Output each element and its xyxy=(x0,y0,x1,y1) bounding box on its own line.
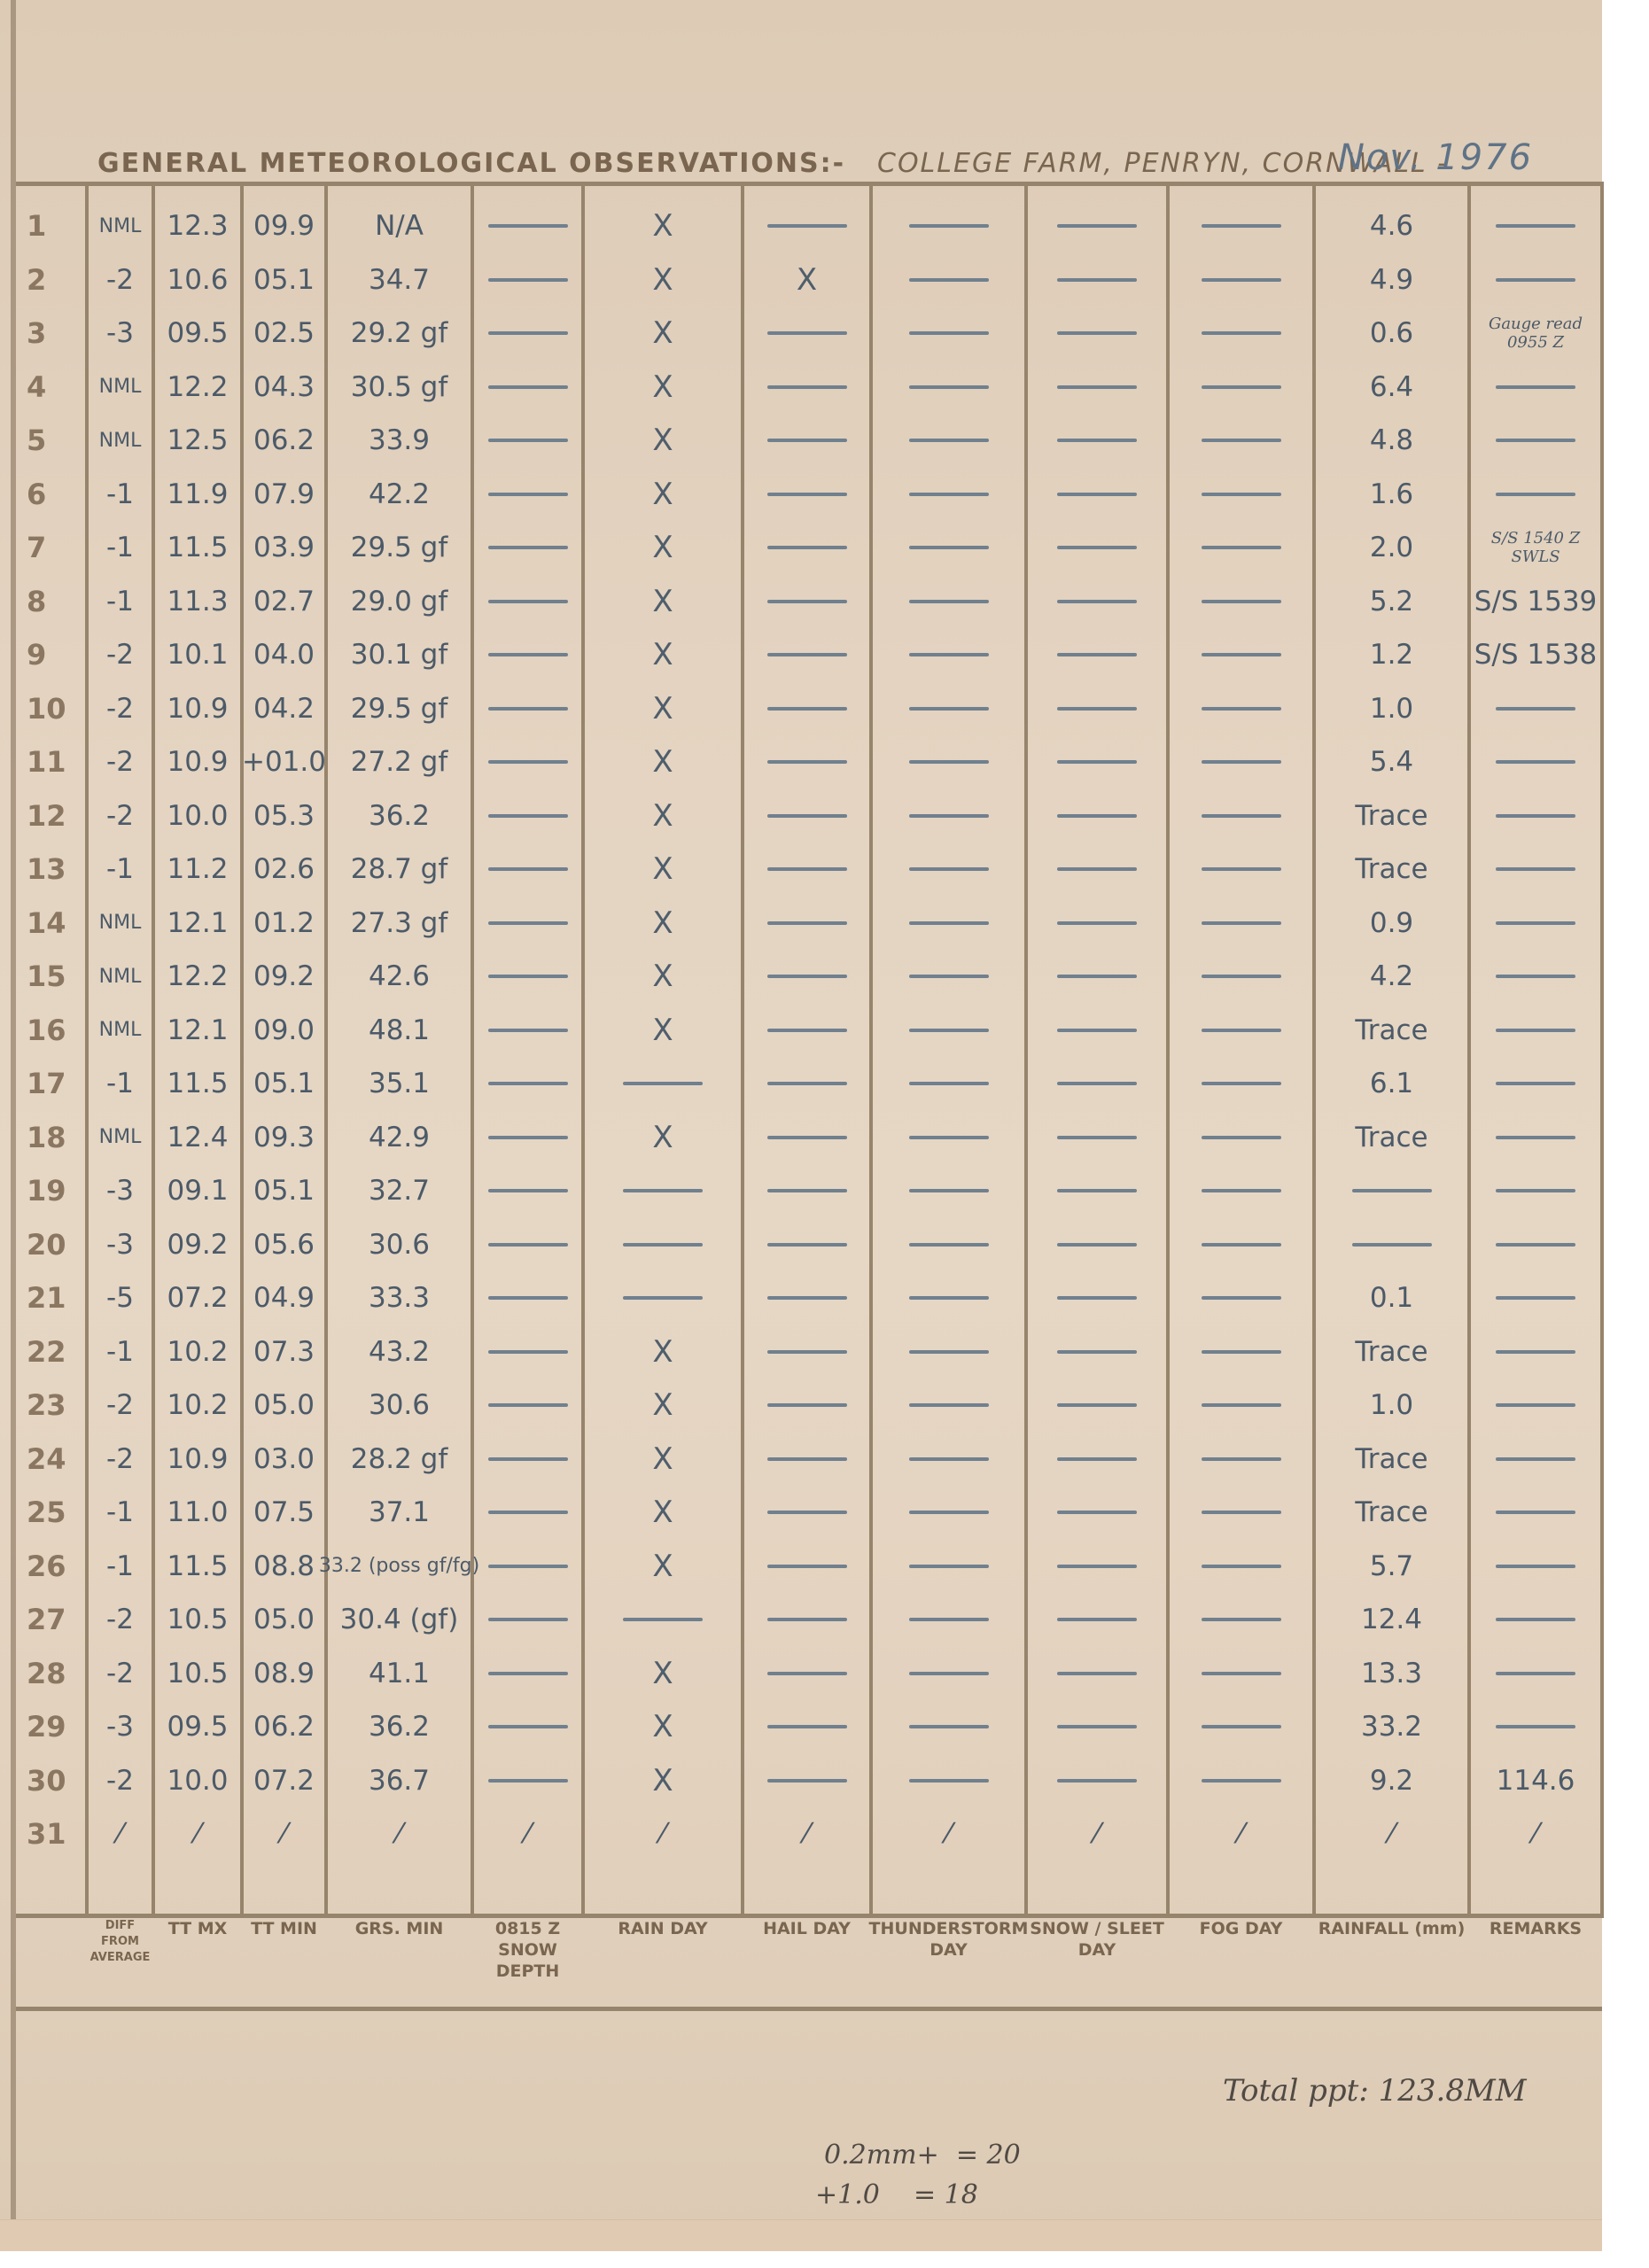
cell-diff: -2 xyxy=(87,1647,153,1700)
cell-text: 13 xyxy=(27,852,66,886)
cell-text: 07.5 xyxy=(253,1496,315,1528)
cell-thunder-day xyxy=(871,1433,1026,1486)
cell-diff: -2 xyxy=(87,1754,153,1807)
cell-text: 11.3 xyxy=(167,586,228,617)
cell-text: 1.0 xyxy=(1370,1389,1413,1421)
cell-day: 10 xyxy=(16,682,97,735)
cell-text: 28 xyxy=(27,1657,66,1690)
cell-text: 06.2 xyxy=(253,1711,315,1743)
cell-fog-day xyxy=(1168,628,1314,681)
cell-text: 27.2 gf xyxy=(351,746,447,778)
cell-text: ⁄ xyxy=(525,1818,530,1850)
cell-tt-max: 12.2 xyxy=(153,361,242,414)
cell-hail-day xyxy=(743,521,871,574)
cell-text: 01.2 xyxy=(253,907,315,939)
table-row: 26-111.508.833.2 (poss gf/fg)X5.7 xyxy=(16,1540,1602,1593)
cell-text: 11.5 xyxy=(167,1550,228,1582)
cell-thunder-day xyxy=(871,628,1026,681)
cell-diff: -2 xyxy=(87,682,153,735)
cell-text: 12.1 xyxy=(167,907,228,939)
cell-tt-max: 11.9 xyxy=(153,468,242,521)
column-header-rain-day: RAIN DAY xyxy=(583,1918,743,1998)
cell-tt-max: 10.0 xyxy=(153,789,242,843)
cell-text: 28.2 gf xyxy=(351,1443,447,1475)
cell-diff: ⁄ xyxy=(87,1807,153,1860)
cell-text: ⁄ xyxy=(1239,1818,1243,1850)
cell-text: 27.3 gf xyxy=(351,907,447,939)
table-row: 13-111.202.628.7 gfXTrace xyxy=(16,843,1602,896)
cell-rain-day: X xyxy=(583,1700,743,1753)
cell-rainfall xyxy=(1314,1164,1469,1217)
cell-rain-day: X xyxy=(583,361,743,414)
cell-remarks xyxy=(1469,414,1602,467)
cell-text: 10.0 xyxy=(167,1765,228,1797)
cell-diff: -3 xyxy=(87,1218,153,1271)
cell-text: 12.2 xyxy=(167,371,228,403)
cell-day: 8 xyxy=(16,575,97,628)
cell-snow-sleet-day: ⁄ xyxy=(1026,1807,1168,1860)
cell-tt-max: 12.3 xyxy=(153,199,242,252)
cell-fog-day xyxy=(1168,1540,1314,1593)
cell-grs-min: 33.3 xyxy=(326,1271,472,1324)
cell-text: -5 xyxy=(106,1282,134,1314)
cell-rain-day: X xyxy=(583,199,743,252)
cell-diff: -1 xyxy=(87,468,153,521)
table-row: 31⁄⁄⁄⁄⁄⁄⁄⁄⁄⁄⁄⁄ xyxy=(16,1807,1602,1860)
cell-text: 29.0 gf xyxy=(351,586,447,617)
cell-fog-day xyxy=(1168,521,1314,574)
cell-diff: -3 xyxy=(87,1700,153,1753)
table-row: 27-210.505.030.4 (gf)12.4 xyxy=(16,1593,1602,1646)
cell-text: 9.2 xyxy=(1370,1765,1413,1797)
cell-text: 36.2 xyxy=(369,800,430,832)
column-header-thunder-day: THUNDERSTORM DAY xyxy=(871,1918,1026,1998)
cell-tt-min: 02.5 xyxy=(242,307,326,360)
cell-text: 6.4 xyxy=(1370,371,1413,403)
cell-rain-day: X xyxy=(583,843,743,896)
cell-thunder-day xyxy=(871,897,1026,950)
cell-text: -1 xyxy=(106,1550,134,1582)
cell-hail-day xyxy=(743,843,871,896)
cell-hail-day xyxy=(743,789,871,843)
cell-thunder-day xyxy=(871,521,1026,574)
cell-diff: -2 xyxy=(87,1593,153,1646)
cell-tt-min: 04.9 xyxy=(242,1271,326,1324)
cell-text: 37.1 xyxy=(369,1496,430,1528)
cell-text: Trace xyxy=(1355,853,1427,885)
cell-day: 9 xyxy=(16,628,97,681)
cell-text: -2 xyxy=(106,1604,134,1635)
cell-thunder-day xyxy=(871,950,1026,1003)
table-row: 16NML12.109.048.1XTrace xyxy=(16,1004,1602,1057)
cell-text: 26 xyxy=(27,1550,66,1583)
cell-fog-day xyxy=(1168,1379,1314,1432)
cell-thunder-day xyxy=(871,1164,1026,1217)
cell-grs-min: 48.1 xyxy=(326,1004,472,1057)
cell-text: 20 xyxy=(27,1228,66,1262)
cell-diff: NML xyxy=(87,1111,153,1164)
cell-hail-day xyxy=(743,682,871,735)
cell-text: 8 xyxy=(27,585,46,618)
cell-text: NML xyxy=(99,376,142,398)
table-row: 8-111.302.729.0 gfX5.2S/S 1539 xyxy=(16,575,1602,628)
total-precipitation: Total ppt: 123.8MM xyxy=(1223,2073,1527,2109)
cell-tt-max: 11.5 xyxy=(153,521,242,574)
cell-diff: NML xyxy=(87,950,153,1003)
cell-snow-depth xyxy=(472,1700,583,1753)
cell-rainfall: Trace xyxy=(1314,1325,1469,1379)
cell-text: 04.0 xyxy=(253,639,315,671)
cell-hail-day xyxy=(743,1486,871,1539)
table-row: 12-210.005.336.2XTrace xyxy=(16,789,1602,843)
cell-grs-min: 32.7 xyxy=(326,1164,472,1217)
cell-text: -1 xyxy=(106,1496,134,1528)
table-row: 28-210.508.941.1X13.3 xyxy=(16,1647,1602,1700)
cell-remarks xyxy=(1469,1325,1602,1379)
cell-text: 5.4 xyxy=(1370,746,1413,778)
cell-fog-day xyxy=(1168,1325,1314,1379)
cell-remarks: S/S 1539 xyxy=(1469,575,1602,628)
column-header-grs-min: GRS. MIN xyxy=(326,1918,472,1998)
cell-rainfall: Trace xyxy=(1314,1111,1469,1164)
x-mark: X xyxy=(652,1763,673,1798)
cell-tt-max: 10.2 xyxy=(153,1325,242,1379)
cell-rain-day xyxy=(583,1164,743,1217)
cell-text: 09.2 xyxy=(167,1229,228,1261)
cell-thunder-day xyxy=(871,1111,1026,1164)
column-header-hail-day: HAIL DAY xyxy=(743,1918,871,1998)
cell-text: 12.5 xyxy=(167,424,228,456)
cell-grs-min: 30.5 gf xyxy=(326,361,472,414)
cell-snow-depth xyxy=(472,682,583,735)
cell-thunder-day xyxy=(871,468,1026,521)
cell-fog-day xyxy=(1168,199,1314,252)
cell-fog-day xyxy=(1168,1700,1314,1753)
cell-text: 04.9 xyxy=(253,1282,315,1314)
cell-text: 34.7 xyxy=(369,264,430,296)
cell-snow-sleet-day xyxy=(1026,361,1168,414)
cell-text: ⁄ xyxy=(282,1818,286,1850)
cell-snow-depth xyxy=(472,628,583,681)
cell-snow-depth xyxy=(472,1540,583,1593)
cell-text: 2 xyxy=(27,263,46,297)
table-row: 1NML12.309.9N/AX4.6 xyxy=(16,199,1602,252)
cell-day: 7 xyxy=(16,521,97,574)
cell-thunder-day xyxy=(871,199,1026,252)
cell-thunder-day xyxy=(871,361,1026,414)
cell-text: 30.4 (gf) xyxy=(340,1604,459,1635)
cell-text: -1 xyxy=(106,532,134,563)
cell-snow-sleet-day xyxy=(1026,1164,1168,1217)
cell-text: ⁄ xyxy=(397,1818,401,1850)
cell-tt-min: 03.9 xyxy=(242,521,326,574)
cell-tt-min: 04.2 xyxy=(242,682,326,735)
cell-text: -3 xyxy=(106,1711,134,1743)
table-row: 21-507.204.933.30.1 xyxy=(16,1271,1602,1324)
cell-diff: -3 xyxy=(87,307,153,360)
cell-rainfall: 1.6 xyxy=(1314,468,1469,521)
cell-text: 33.2 (poss gf/fg) xyxy=(319,1555,479,1577)
cell-remarks xyxy=(1469,735,1602,788)
x-mark: X xyxy=(652,208,673,244)
cell-tt-max: 10.5 xyxy=(153,1593,242,1646)
cell-text: 07.9 xyxy=(253,478,315,510)
cell-thunder-day xyxy=(871,414,1026,467)
cell-rainfall: 1.2 xyxy=(1314,628,1469,681)
cell-text: 6 xyxy=(27,478,46,511)
cell-snow-sleet-day xyxy=(1026,1754,1168,1807)
cell-fog-day xyxy=(1168,1057,1314,1110)
cell-rainfall: Trace xyxy=(1314,1486,1469,1539)
cell-text: 1.6 xyxy=(1370,478,1413,510)
cell-snow-depth xyxy=(472,1754,583,1807)
cell-text: -2 xyxy=(106,800,134,832)
cell-thunder-day xyxy=(871,1486,1026,1539)
cell-tt-max: 09.5 xyxy=(153,307,242,360)
cell-tt-max: 12.4 xyxy=(153,1111,242,1164)
table-row: 15NML12.209.242.6X4.2 xyxy=(16,950,1602,1003)
cell-thunder-day xyxy=(871,1540,1026,1593)
cell-rain-day: X xyxy=(583,1004,743,1057)
column-header-rainfall: RAINFALL (mm) xyxy=(1314,1918,1469,1998)
cell-text: NML xyxy=(99,215,142,237)
table-row: 29-309.506.236.2X33.2 xyxy=(16,1700,1602,1753)
cell-text: 05.3 xyxy=(253,800,315,832)
cell-text: 10.6 xyxy=(167,264,228,296)
cell-grs-min: 29.5 gf xyxy=(326,521,472,574)
cell-text: 32.7 xyxy=(369,1175,430,1207)
cell-snow-sleet-day xyxy=(1026,253,1168,307)
cell-text: Trace xyxy=(1355,1443,1427,1475)
cell-text: 11.0 xyxy=(167,1496,228,1528)
cell-text: 09.1 xyxy=(167,1175,228,1207)
cell-tt-min: 05.3 xyxy=(242,789,326,843)
cell-fog-day xyxy=(1168,1647,1314,1700)
x-mark: X xyxy=(797,262,817,298)
cell-rainfall: Trace xyxy=(1314,843,1469,896)
cell-grs-min: 30.4 (gf) xyxy=(326,1593,472,1646)
cell-fog-day xyxy=(1168,307,1314,360)
cell-snow-sleet-day xyxy=(1026,1593,1168,1646)
cell-day: 23 xyxy=(16,1379,97,1432)
cell-text: -3 xyxy=(106,317,134,349)
cell-remarks xyxy=(1469,1164,1602,1217)
cell-thunder-day xyxy=(871,1057,1026,1110)
cell-fog-day xyxy=(1168,361,1314,414)
cell-tt-max: 10.2 xyxy=(153,1379,242,1432)
cell-text: 05.1 xyxy=(253,264,315,296)
cell-snow-depth xyxy=(472,1647,583,1700)
cell-text: 16 xyxy=(27,1014,66,1047)
cell-day: 13 xyxy=(16,843,97,896)
cell-text: 03.9 xyxy=(253,532,315,563)
x-mark: X xyxy=(652,1549,673,1584)
x-mark: X xyxy=(652,1709,673,1744)
cell-fog-day: ⁄ xyxy=(1168,1807,1314,1860)
cell-text: ⁄ xyxy=(195,1818,199,1850)
x-mark: X xyxy=(652,691,673,726)
observation-sheet: GENERAL METEOROLOGICAL OBSERVATIONS:- CO… xyxy=(0,0,1602,2250)
cell-text: 42.2 xyxy=(369,478,430,510)
cell-day: 1 xyxy=(16,199,97,252)
cell-text: 15 xyxy=(27,959,66,993)
cell-rainfall: 6.1 xyxy=(1314,1057,1469,1110)
cell-text: 10.9 xyxy=(167,746,228,778)
cell-thunder-day xyxy=(871,1004,1026,1057)
cell-remarks xyxy=(1469,843,1602,896)
cell-rain-day: X xyxy=(583,1433,743,1486)
cell-grs-min: 33.9 xyxy=(326,414,472,467)
cell-text: 31 xyxy=(27,1817,66,1851)
cell-snow-depth xyxy=(472,1271,583,1324)
cell-hail-day xyxy=(743,468,871,521)
cell-thunder-day xyxy=(871,789,1026,843)
cell-tt-max: 12.5 xyxy=(153,414,242,467)
cell-rain-day xyxy=(583,1593,743,1646)
table-row: 20-309.205.630.6 xyxy=(16,1218,1602,1271)
cell-text: 10.9 xyxy=(167,1443,228,1475)
cell-tt-min: 09.9 xyxy=(242,199,326,252)
cell-snow-sleet-day xyxy=(1026,575,1168,628)
cell-text: ⁄ xyxy=(946,1818,951,1850)
cell-text: 08.8 xyxy=(253,1550,315,1582)
cell-grs-min: 41.1 xyxy=(326,1647,472,1700)
cell-tt-min: 07.5 xyxy=(242,1486,326,1539)
cell-text: 10.1 xyxy=(167,639,228,671)
cell-text: 4.8 xyxy=(1370,424,1413,456)
cell-text: 12.4 xyxy=(167,1122,228,1153)
cell-snow-depth xyxy=(472,897,583,950)
table-row: 4NML12.204.330.5 gfX6.4 xyxy=(16,361,1602,414)
cell-hail-day: X xyxy=(743,253,871,307)
cell-text: 5.2 xyxy=(1370,586,1413,617)
x-mark: X xyxy=(652,584,673,619)
cell-snow-depth xyxy=(472,1433,583,1486)
table-row: 22-110.207.343.2XTrace xyxy=(16,1325,1602,1379)
cell-snow-sleet-day xyxy=(1026,1111,1168,1164)
table-row: 24-210.903.028.2 gfXTrace xyxy=(16,1433,1602,1486)
cell-tt-min: 05.1 xyxy=(242,1057,326,1110)
cell-tt-max: 12.2 xyxy=(153,950,242,1003)
cell-tt-min: 07.3 xyxy=(242,1325,326,1379)
cell-text: 05.0 xyxy=(253,1604,315,1635)
cell-text: 41.1 xyxy=(369,1658,430,1689)
x-mark: X xyxy=(652,530,673,565)
cell-snow-depth xyxy=(472,468,583,521)
cell-text: 04.2 xyxy=(253,693,315,725)
cell-text: -3 xyxy=(106,1229,134,1261)
cell-thunder-day xyxy=(871,253,1026,307)
cell-rainfall: 0.9 xyxy=(1314,897,1469,950)
x-mark: X xyxy=(652,1120,673,1155)
cell-tt-min: 08.9 xyxy=(242,1647,326,1700)
cell-snow-depth xyxy=(472,1379,583,1432)
cell-text: Trace xyxy=(1355,1014,1427,1046)
cell-rain-day: X xyxy=(583,468,743,521)
cell-tt-min: 05.1 xyxy=(242,253,326,307)
cell-remarks xyxy=(1469,361,1602,414)
cell-remarks xyxy=(1469,1379,1602,1432)
cell-text: 114.6 xyxy=(1497,1765,1575,1797)
cell-snow-depth xyxy=(472,1111,583,1164)
cell-day: 30 xyxy=(16,1754,97,1807)
cell-day: 2 xyxy=(16,253,97,307)
cell-text: 13.3 xyxy=(1361,1658,1422,1689)
cell-snow-sleet-day xyxy=(1026,414,1168,467)
table-row: 5NML12.506.233.9X4.8 xyxy=(16,414,1602,467)
x-mark: X xyxy=(652,905,673,941)
cell-grs-min: 42.9 xyxy=(326,1111,472,1164)
cell-text: 03.0 xyxy=(253,1443,315,1475)
cell-snow-depth xyxy=(472,735,583,788)
cell-text: S/S 1539 xyxy=(1474,586,1598,617)
cell-text: 30.6 xyxy=(369,1389,430,1421)
cell-rain-day xyxy=(583,1218,743,1271)
cell-text: 4 xyxy=(27,370,46,404)
cell-rainfall: 4.2 xyxy=(1314,950,1469,1003)
cell-day: 12 xyxy=(16,789,97,843)
cell-diff: -5 xyxy=(87,1271,153,1324)
cell-day: 31 xyxy=(16,1807,97,1860)
cell-tt-min: 05.0 xyxy=(242,1379,326,1432)
cell-day: 19 xyxy=(16,1164,97,1217)
cell-text: 09.5 xyxy=(167,1711,228,1743)
column-header-remarks: REMARKS xyxy=(1469,1918,1602,1998)
cell-thunder-day xyxy=(871,1700,1026,1753)
cell-text: 29 xyxy=(27,1710,66,1744)
cell-thunder-day xyxy=(871,1325,1026,1379)
cell-text: 07.2 xyxy=(167,1282,228,1314)
calc-note-1: 0.2mm+ = 20 xyxy=(824,2140,1021,2171)
x-mark: X xyxy=(652,1334,673,1370)
cell-text: 11.5 xyxy=(167,1068,228,1099)
cell-hail-day xyxy=(743,1271,871,1324)
x-mark: X xyxy=(652,315,673,351)
cell-rain-day: X xyxy=(583,789,743,843)
cell-text: 30 xyxy=(27,1764,66,1798)
cell-fog-day xyxy=(1168,1004,1314,1057)
cell-text: 0.1 xyxy=(1370,1282,1413,1314)
cell-tt-max: 10.0 xyxy=(153,1754,242,1807)
cell-remarks xyxy=(1469,1057,1602,1110)
x-mark: X xyxy=(652,851,673,887)
cell-text: Gauge read 0955 Z xyxy=(1469,315,1602,352)
cell-fog-day xyxy=(1168,468,1314,521)
cell-rain-day: X xyxy=(583,735,743,788)
cell-hail-day xyxy=(743,1754,871,1807)
cell-grs-min: 28.7 gf xyxy=(326,843,472,896)
cell-text: 0.6 xyxy=(1370,317,1413,349)
cell-grs-min: N/A xyxy=(326,199,472,252)
table-row: 9-210.104.030.1 gfX1.2S/S 1538 xyxy=(16,628,1602,681)
table-row: 14NML12.101.227.3 gfX0.9 xyxy=(16,897,1602,950)
cell-text: 4.6 xyxy=(1370,210,1413,242)
cell-rain-day: X xyxy=(583,414,743,467)
cell-rain-day: X xyxy=(583,1111,743,1164)
cell-grs-min: 27.3 gf xyxy=(326,897,472,950)
cell-text: -2 xyxy=(106,693,134,725)
cell-hail-day xyxy=(743,575,871,628)
cell-snow-sleet-day xyxy=(1026,897,1168,950)
cell-text: 12.2 xyxy=(167,960,228,992)
cell-text: 05.1 xyxy=(253,1068,315,1099)
cell-tt-max: 11.3 xyxy=(153,575,242,628)
cell-day: 18 xyxy=(16,1111,97,1164)
cell-tt-min: 04.0 xyxy=(242,628,326,681)
cell-day: 24 xyxy=(16,1433,97,1486)
table-row: 19-309.105.132.7 xyxy=(16,1164,1602,1217)
cell-text: 33.9 xyxy=(369,424,430,456)
